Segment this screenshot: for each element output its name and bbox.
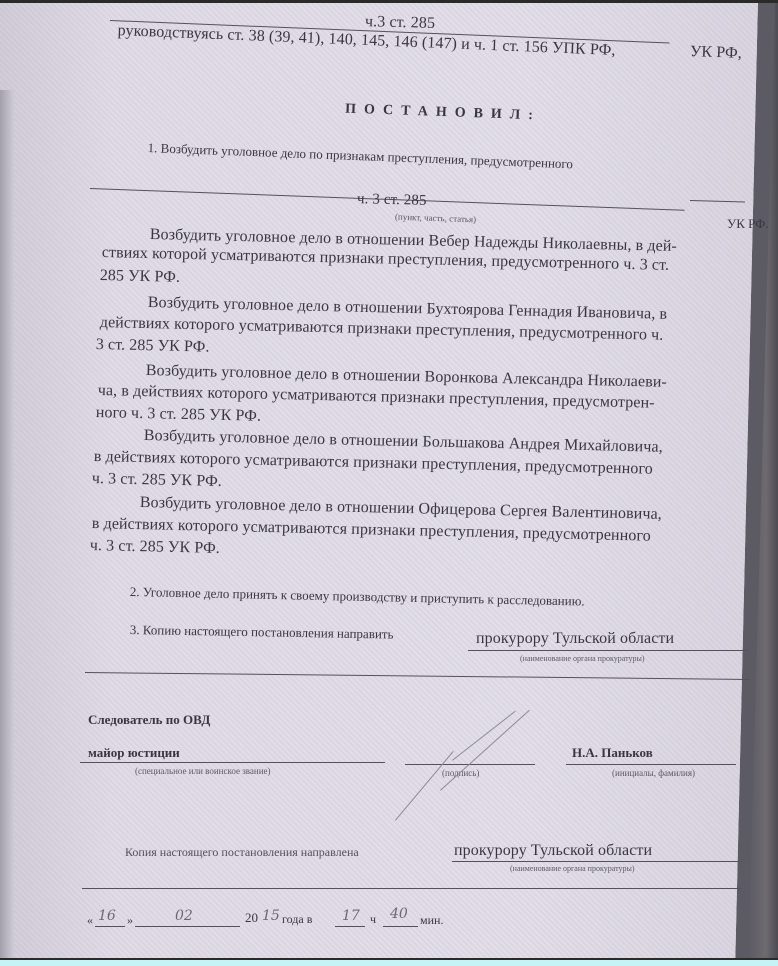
investigator-name: Н.А. Паньков: [572, 745, 653, 761]
item3-fill-line: [468, 650, 748, 651]
date-year-word: года в: [282, 912, 312, 927]
copy-sent-caption: (наименование органа прокуратуры): [510, 864, 635, 873]
item3-recipient: прокурору Тульской области: [476, 630, 674, 648]
date-minute-line: [383, 926, 418, 927]
date-open-quote: «: [87, 913, 93, 928]
paragraph-1-line-3: 285 УК РФ.: [100, 267, 181, 287]
item3-caption: (наименование органа прокуратуры): [520, 654, 645, 663]
item1-uk-rf: УК РФ.: [727, 216, 769, 232]
date-month-line: [135, 926, 240, 927]
paragraph-4-line-3: ч. 3 ст. 285 УК РФ.: [92, 470, 222, 491]
copy-sent-recipient: прокурору Тульской области: [454, 842, 652, 860]
name-caption: (инициалы, фамилия): [612, 768, 695, 778]
page-left-edge: [0, 90, 14, 966]
name-line: [566, 764, 736, 765]
rank-caption: (специальное или воинское звание): [135, 766, 271, 776]
date-day: 16: [98, 908, 116, 924]
date-year-suffix: 15: [262, 908, 280, 924]
investigator-rank: майор юстиции: [88, 745, 180, 761]
copy-sent-fill-line: [452, 861, 742, 862]
rank-line: [80, 762, 385, 763]
copy-sent-text: Копия настоящего постановления направлен…: [125, 845, 359, 860]
paragraph-5-line-3: ч. 3 ст. 285 УК РФ.: [90, 537, 220, 558]
date-year-prefix: 20: [245, 910, 258, 926]
top-border: [0, 0, 778, 3]
investigator-position: Следователь по ОВД: [88, 712, 210, 728]
date-close-quote: »: [127, 913, 133, 928]
date-hour-word: ч: [370, 912, 376, 927]
paragraph-2-line-3: 3 ст. 285 УК РФ.: [96, 336, 210, 357]
date-month: 02: [175, 908, 193, 924]
date-hour: 17: [342, 908, 360, 924]
header-article-fill: ч.3 ст. 285: [365, 13, 435, 33]
paragraph-3-line-3: ного ч. 3 ст. 285 УК РФ.: [96, 404, 262, 426]
date-day-line: [95, 926, 125, 927]
copy-sent-extra-line: [82, 888, 742, 889]
bottom-border: [0, 958, 778, 966]
date-hour-line: [335, 926, 365, 927]
item1-article-fill: ч. 3 ст. 285: [357, 191, 427, 210]
date-minute: 40: [390, 906, 408, 922]
date-minute-word: мин.: [420, 913, 443, 928]
header-uk-rf: УК РФ,: [690, 43, 742, 63]
